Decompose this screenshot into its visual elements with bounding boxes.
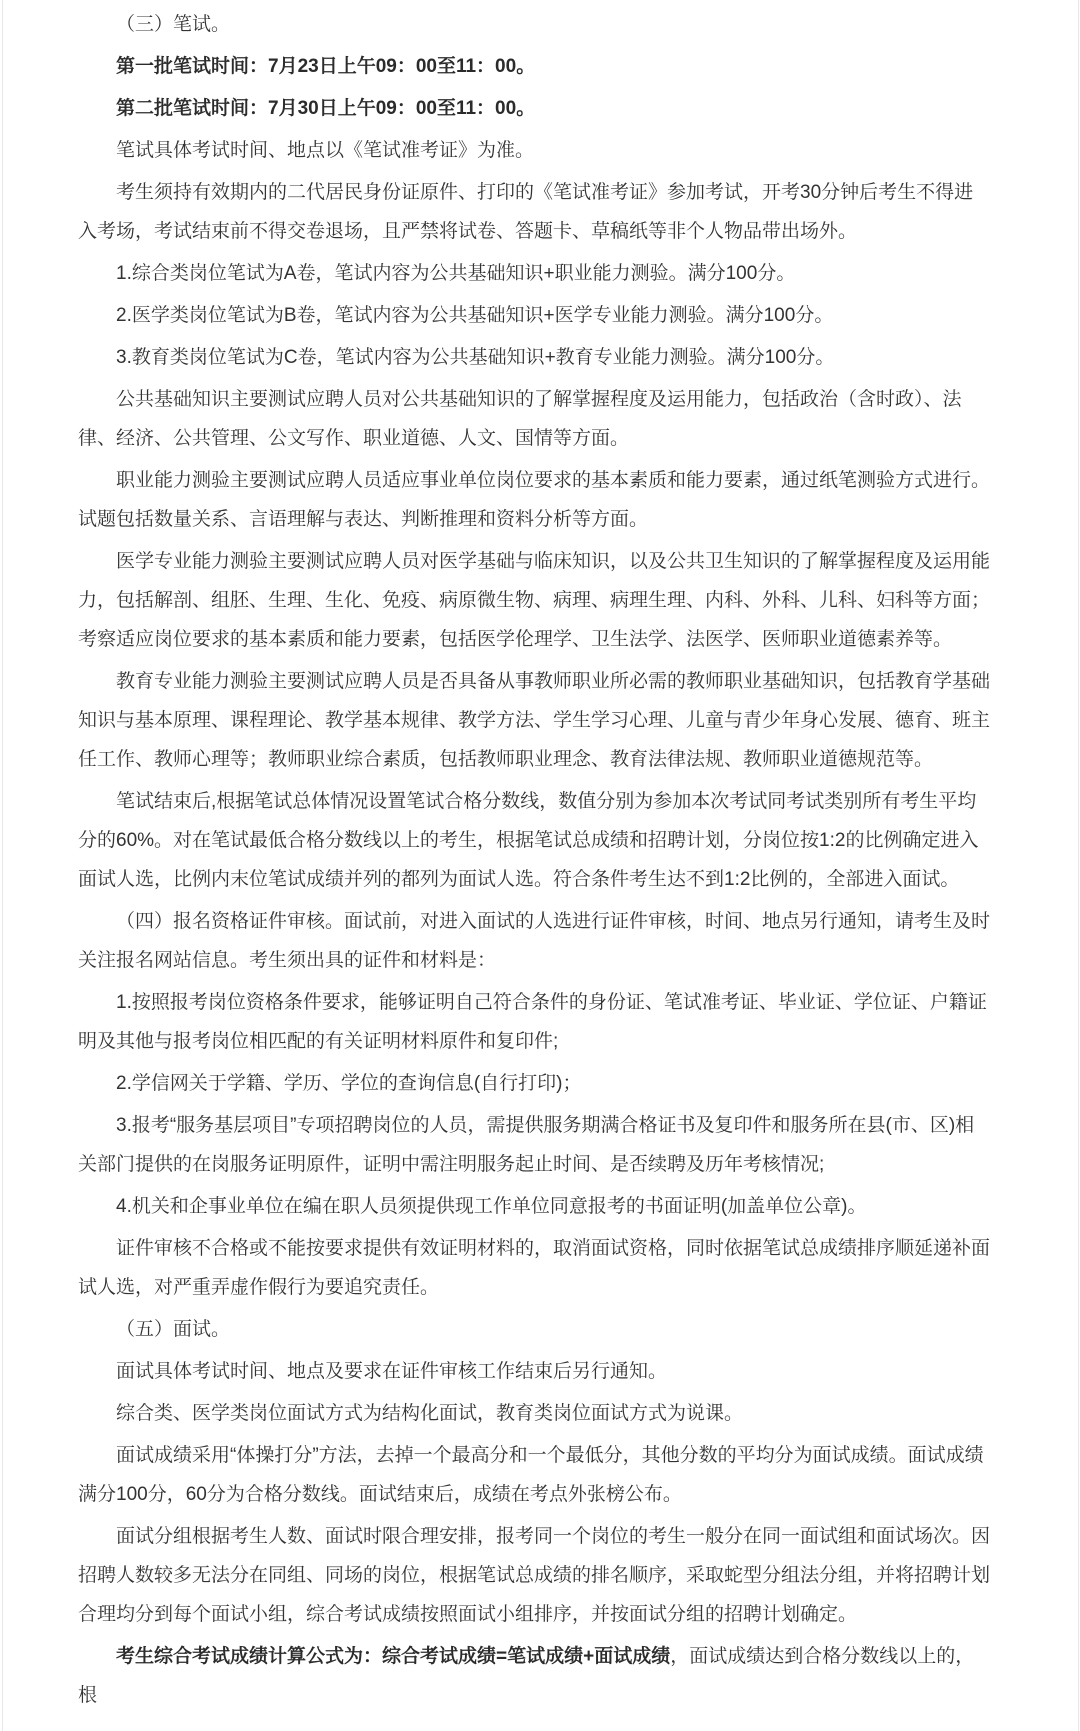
text-run: 笔试结束后,根据笔试总体情况设置笔试合格分数线，数值分别为参加本次考试同考试类别… xyxy=(78,791,978,890)
text-run: 3.教育类岗位笔试为C卷，笔试内容为公共基础知识+教育专业能力测验。满分100分… xyxy=(116,347,834,368)
paragraph: 第一批笔试时间：7月23日上午09：00至11：00。 xyxy=(78,47,990,86)
paragraph: 考生综合考试成绩计算公式为：综合考试成绩=笔试成绩+面试成绩，面试成绩达到合格分… xyxy=(78,1637,990,1715)
paragraph: （五）面试。 xyxy=(78,1310,990,1349)
text-run: 职业能力测验主要测试应聘人员适应事业单位岗位要求的基本素质和能力要素，通过纸笔测… xyxy=(78,470,990,530)
paragraph: 教育专业能力测验主要测试应聘人员是否具备从事教师职业所必需的教师职业基础知识，包… xyxy=(78,662,990,779)
bold-text-run: 第二批笔试时间：7月30日上午09：00至11：00。 xyxy=(116,98,535,119)
text-run: 2.医学类岗位笔试为B卷，笔试内容为公共基础知识+医学专业能力测验。满分100分… xyxy=(116,305,833,326)
paragraph: 面试成绩采用“体操打分”方法，去掉一个最高分和一个最低分，其他分数的平均分为面试… xyxy=(78,1436,990,1514)
paragraph: （四）报名资格证件审核。面试前，对进入面试的人选进行证件审核，时间、地点另行通知… xyxy=(78,902,990,980)
paragraph: 考生须持有效期内的二代居民身份证原件、打印的《笔试准考证》参加考试，开考30分钟… xyxy=(78,173,990,251)
paragraph: 笔试具体考试时间、地点以《笔试准考证》为准。 xyxy=(78,131,990,170)
text-run: 教育专业能力测验主要测试应聘人员是否具备从事教师职业所必需的教师职业基础知识，包… xyxy=(78,671,990,770)
text-run: 证件审核不合格或不能按要求提供有效证明材料的，取消面试资格，同时依据笔试总成绩排… xyxy=(78,1238,990,1298)
bold-text-run: 考生综合考试成绩计算公式为：综合考试成绩=笔试成绩+面试成绩 xyxy=(116,1646,670,1667)
text-run: 1.综合类岗位笔试为A卷，笔试内容为公共基础知识+职业能力测验。满分100分。 xyxy=(116,263,795,284)
paragraph: 1.综合类岗位笔试为A卷，笔试内容为公共基础知识+职业能力测验。满分100分。 xyxy=(78,254,990,293)
announcement-content: （三）笔试。第一批笔试时间：7月23日上午09：00至11：00。第二批笔试时间… xyxy=(78,0,990,1715)
paragraph: 1.按照报考岗位资格条件要求，能够证明自己符合条件的身份证、笔试准考证、毕业证、… xyxy=(78,983,990,1061)
paragraph: （三）笔试。 xyxy=(78,5,990,44)
paragraph: 面试分组根据考生人数、面试时限合理安排，报考同一个岗位的考生一般分在同一面试组和… xyxy=(78,1517,990,1634)
text-run: （五）面试。 xyxy=(116,1319,230,1340)
paragraph: 3.报考“服务基层项目”专项招聘岗位的人员，需提供服务期满合格证书及复印件和服务… xyxy=(78,1106,990,1184)
page-edge-left xyxy=(2,0,3,1731)
text-run: 笔试具体考试时间、地点以《笔试准考证》为准。 xyxy=(116,140,534,161)
bold-text-run: 第一批笔试时间：7月23日上午09：00至11：00。 xyxy=(116,56,535,77)
text-run: 面试具体考试时间、地点及要求在证件审核工作结束后另行通知。 xyxy=(116,1361,667,1382)
text-run: （四）报名资格证件审核。面试前，对进入面试的人选进行证件审核，时间、地点另行通知… xyxy=(78,911,990,971)
text-run: 4.机关和企事业单位在编在职人员须提供现工作单位同意报考的书面证明(加盖单位公章… xyxy=(116,1196,867,1217)
paragraph: 医学专业能力测验主要测试应聘人员对医学基础与临床知识，以及公共卫生知识的了解掌握… xyxy=(78,542,990,659)
text-run: 医学专业能力测验主要测试应聘人员对医学基础与临床知识，以及公共卫生知识的了解掌握… xyxy=(78,551,990,650)
paragraph: 2.学信网关于学籍、学历、学位的查询信息(自行打印)； xyxy=(78,1064,990,1103)
text-run: 考生须持有效期内的二代居民身份证原件、打印的《笔试准考证》参加考试，开考30分钟… xyxy=(78,182,973,242)
text-run: 1.按照报考岗位资格条件要求，能够证明自己符合条件的身份证、笔试准考证、毕业证、… xyxy=(78,992,987,1052)
paragraph: 4.机关和企事业单位在编在职人员须提供现工作单位同意报考的书面证明(加盖单位公章… xyxy=(78,1187,990,1226)
paragraph: 面试具体考试时间、地点及要求在证件审核工作结束后另行通知。 xyxy=(78,1352,990,1391)
paragraph: 笔试结束后,根据笔试总体情况设置笔试合格分数线，数值分别为参加本次考试同考试类别… xyxy=(78,782,990,899)
text-run: 3.报考“服务基层项目”专项招聘岗位的人员，需提供服务期满合格证书及复印件和服务… xyxy=(78,1115,974,1175)
paragraph: 第二批笔试时间：7月30日上午09：00至11：00。 xyxy=(78,89,990,128)
paragraph: 综合类、医学类岗位面试方式为结构化面试，教育类岗位面试方式为说课。 xyxy=(78,1394,990,1433)
paragraph: 公共基础知识主要测试应聘人员对公共基础知识的了解掌握程度及运用能力，包括政治（含… xyxy=(78,380,990,458)
page-edge-right xyxy=(1078,0,1079,1731)
text-run: 面试分组根据考生人数、面试时限合理安排，报考同一个岗位的考生一般分在同一面试组和… xyxy=(78,1526,990,1625)
paragraph: 证件审核不合格或不能按要求提供有效证明材料的，取消面试资格，同时依据笔试总成绩排… xyxy=(78,1229,990,1307)
text-run: 2.学信网关于学籍、学历、学位的查询信息(自行打印)； xyxy=(116,1073,582,1094)
text-run: 公共基础知识主要测试应聘人员对公共基础知识的了解掌握程度及运用能力，包括政治（含… xyxy=(78,389,962,449)
paragraph: 职业能力测验主要测试应聘人员适应事业单位岗位要求的基本素质和能力要素，通过纸笔测… xyxy=(78,461,990,539)
paragraph: 3.教育类岗位笔试为C卷，笔试内容为公共基础知识+教育专业能力测验。满分100分… xyxy=(78,338,990,377)
text-run: （三）笔试。 xyxy=(116,14,230,35)
text-run: 面试成绩采用“体操打分”方法，去掉一个最高分和一个最低分，其他分数的平均分为面试… xyxy=(78,1445,984,1505)
paragraph: 2.医学类岗位笔试为B卷，笔试内容为公共基础知识+医学专业能力测验。满分100分… xyxy=(78,296,990,335)
text-run: 综合类、医学类岗位面试方式为结构化面试，教育类岗位面试方式为说课。 xyxy=(116,1403,743,1424)
